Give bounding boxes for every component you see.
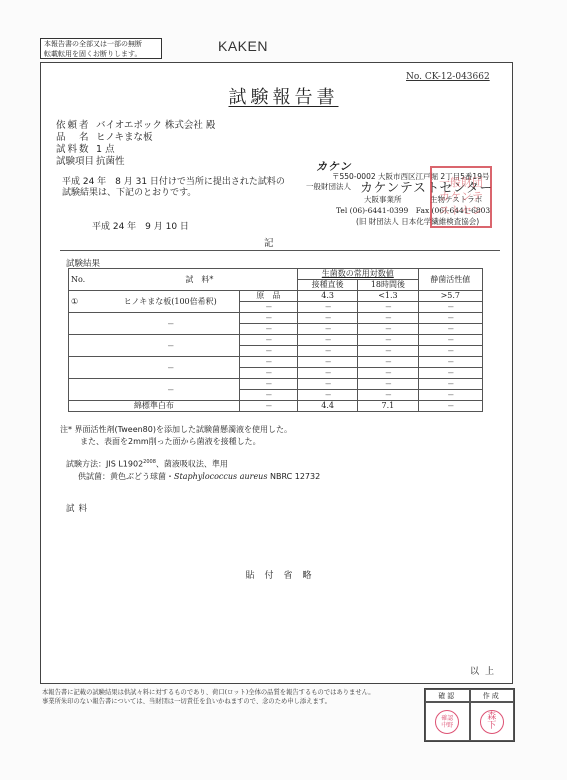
row-activity: --- [418,357,482,368]
attachment-omitted: 貼付省略 [0,568,567,581]
official-seal-icon: 一般 財団 カケ ンテ スト セン [430,166,492,228]
author-label: 作成 [470,689,515,702]
row-activity: --- [418,335,482,346]
info-value: 1 点 [96,144,115,156]
row-immediately: --- [297,368,357,379]
row-activity: --- [418,390,482,401]
row-type: --- [239,324,297,335]
org-legal-form: 一般財団法人 [306,181,351,192]
row-type: --- [239,302,297,313]
info-row-item: 試験項目抗菌性 [56,156,215,168]
info-row-client: 依頼者バイオエポック 株式会社 殿 [56,120,215,132]
organism-label: 供試菌： [78,472,110,481]
table-row: --------------- [69,313,483,324]
table-row: --------------- [69,357,483,368]
disclaimer-line-2: 事業所朱印のない報告書については、当財団は一切責任を負いかねますので、念のため申… [42,697,375,706]
check-label: 確認 [425,689,470,702]
row-after18h: --- [358,379,418,390]
check-stamp-cell: 確認中野 [425,702,470,741]
row-activity: >5.7 [418,291,482,302]
row-activity: --- [418,368,482,379]
row-immediately: --- [297,346,357,357]
row-after18h: --- [358,346,418,357]
organism-jp: 黄色ぶどう球菌・ [110,472,174,481]
seal-char: セン [461,204,483,218]
row-type: 原 品 [239,291,297,302]
notice-line-1: 本報告書の全部又は一部の無断 [44,39,161,49]
row-after18h: --- [358,368,418,379]
author-stamp-cell: 森下 [470,702,515,741]
end-marker: 以上 [470,664,500,677]
row-after18h: --- [358,324,418,335]
col-viable-group: 生菌数の常用対数値 [297,269,418,280]
row-immediately: --- [297,335,357,346]
page-title: 試験報告書 [0,83,567,109]
seal-char: 財団 [461,176,483,190]
control-row: 綿標準白布---4.47.1--- [69,401,483,412]
request-info: 依頼者バイオエポック 株式会社 殿 品 名ヒノキまな板 試料数1 点 試験項目抗… [56,120,215,168]
seal-char: スト [439,204,461,218]
method-line: 試験方法：JIS L19022008、菌液吸収法、準用 [66,456,320,471]
stamp-text: 下 [487,721,496,731]
brand-logo: KAKEN [218,38,268,54]
row-activity: --- [418,324,482,335]
row-after18h: <1.3 [358,291,418,302]
info-row-count: 試料数1 点 [56,144,215,156]
receipt-statement: 平成 24 年 8 月 31 日付けで当所に提出された試料の 試験結果は、下記の… [62,177,285,199]
row-type: --- [239,313,297,324]
control-sample: 綿標準白布 [69,401,240,412]
results-table: No. 試 料* 生菌数の常用対数値 静菌活性値 接種直後 18時間後 ①ヒノキ… [68,268,483,412]
method-rest: 、菌液吸収法、準用 [156,460,228,469]
row-sample: --- [102,335,239,357]
author-stamp-icon: 森下 [480,710,504,734]
row-sample: --- [102,379,239,401]
control-after18h: 7.1 [358,401,418,412]
col-sample: 試 料* [102,269,298,291]
seal-char: カケ [439,190,461,204]
divider [60,250,500,251]
row-immediately: --- [297,379,357,390]
row-type: --- [239,346,297,357]
row-no [69,335,102,357]
control-immediately: 4.4 [297,401,357,412]
org-branch: 大阪事業所 [364,194,402,205]
note-line-2: また、表面を2mm削った面から菌液を接種した。 [60,436,292,448]
check-stamp-icon: 確認中野 [435,710,459,734]
col-activity: 静菌活性値 [418,269,482,291]
report-number: No. CK-12-043662 [406,72,490,82]
organism-strain: NBRC 12732 [267,472,320,481]
row-after18h: --- [358,313,418,324]
notes: 注* 界面活性剤(Tween80)を添加した試験菌懸濁液を使用した。 また、表面… [60,424,292,448]
control-activity: --- [418,401,482,412]
row-sample: ヒノキまな板(100倍希釈) [102,291,239,313]
copyright-notice: 本報告書の全部又は一部の無断 転載転用を固くお断りします。 [40,38,162,59]
receipt-line-1: 平成 24 年 8 月 31 日付けで当所に提出された試料の [62,177,285,188]
organism-line: 供試菌：黄色ぶどう球菌・Staphylococcus aureus NBRC 1… [66,471,320,483]
row-no: ① [69,291,102,313]
table-row: ①ヒノキまな板(100倍希釈)原 品4.3<1.3>5.7 [69,291,483,302]
method-label: 試験方法： [66,460,106,469]
row-activity: --- [418,302,482,313]
test-method: 試験方法：JIS L19022008、菌液吸収法、準用 供試菌：黄色ぶどう球菌・… [66,456,320,483]
info-row-product: 品 名ヒノキまな板 [56,132,215,144]
row-type: --- [239,368,297,379]
notice-line-2: 転載転用を固くお断りします。 [44,49,161,59]
row-no [69,379,102,401]
receipt-line-2: 試験結果は、下記のとおりです。 [62,188,285,199]
info-value: バイオエポック 株式会社 殿 [96,120,215,132]
sample-heading: 試料 [66,502,91,514]
method-standard-year: 2008 [143,459,156,465]
results-body: ①ヒノキまな板(100倍希釈)原 品4.3<1.3>5.7-----------… [69,291,483,412]
col-no: No. [69,269,102,291]
stamp-text: 確認 [441,715,453,722]
row-activity: --- [418,379,482,390]
info-label: 試料数 [56,144,96,156]
row-sample: --- [102,313,239,335]
disclaimer-line-1: 本報告書に記載の試験結果は供試々料に対するものであり、荷口(ロット)全体の品質を… [42,688,375,697]
row-after18h: --- [358,302,418,313]
row-activity: --- [418,313,482,324]
row-immediately: --- [297,357,357,368]
seal-char: ンテ [461,190,483,204]
row-no [69,357,102,379]
row-immediately: 4.3 [297,291,357,302]
table-row: --------------- [69,379,483,390]
row-after18h: --- [358,390,418,401]
col-immediately: 接種直後 [297,280,357,291]
organism-latin: Staphylococcus aureus [174,472,267,481]
seal-char: 一般 [439,176,461,190]
row-after18h: --- [358,335,418,346]
control-type: --- [239,401,297,412]
note-line-1: 注* 界面活性剤(Tween80)を添加した試験菌懸濁液を使用した。 [60,424,292,436]
row-immediately: --- [297,313,357,324]
col-after18h: 18時間後 [358,280,418,291]
row-immediately: --- [297,390,357,401]
ki-marker: 記 [264,235,274,249]
table-row: --------------- [69,335,483,346]
row-sample: --- [102,357,239,379]
row-after18h: --- [358,357,418,368]
info-value: ヒノキまな板 [96,132,153,144]
info-value: 抗菌性 [96,156,125,168]
row-immediately: --- [297,302,357,313]
info-label: 試験項目 [56,156,96,168]
stamp-text: 中野 [441,722,453,729]
row-immediately: --- [297,324,357,335]
row-activity: --- [418,346,482,357]
info-label: 品 名 [56,132,96,144]
approval-box: 確認 作成 確認中野 森下 [424,688,515,742]
title-text: 試験報告書 [229,87,339,108]
issue-date: 平成 24 年 9 月 10 日 [92,219,189,232]
row-type: --- [239,390,297,401]
row-type: --- [239,335,297,346]
row-type: --- [239,357,297,368]
disclaimer: 本報告書に記載の試験結果は供試々料に対するものであり、荷口(ロット)全体の品質を… [42,688,375,706]
method-standard: JIS L1902 [106,460,143,469]
info-label: 依頼者 [56,120,96,132]
row-type: --- [239,379,297,390]
row-no [69,313,102,335]
